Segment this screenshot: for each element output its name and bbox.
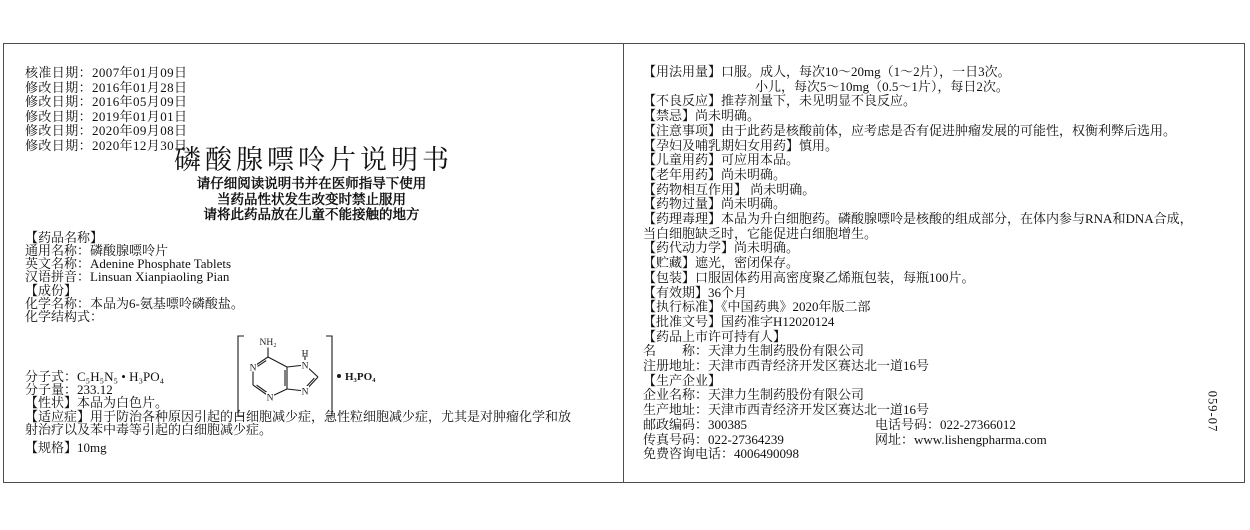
chemical-name: 化学名称：本品为6-氨基嘌呤磷酸盐。 (25, 297, 619, 310)
contraindications: 【禁忌】尚未明确。 (643, 109, 1240, 124)
production-address: 生产地址：天津市西青经济开发区赛达北一道16号 (643, 403, 1240, 418)
company-name: 企业名称：天津力生制药股份有限公司 (643, 388, 1240, 403)
postal-code: 邮政编码：300385 (643, 418, 875, 433)
indications-line-2: 射治疗以及苯中毒等引起的白细胞减少症。 (25, 423, 619, 436)
hotline-number: 免费咨询电话：4006490098 (643, 447, 1240, 462)
pinyin-name: 汉语拼音：Linsuan Xianpiaoling Pian (25, 270, 619, 283)
warning-line: 当药品性状发生改变时禁止服用 (0, 192, 623, 208)
manufacturer-header: 【生产企业】 (643, 374, 1240, 389)
dosage-line-1: 【用法用量】口服。成人，每次10～20mg（1～2片），一日3次。 (643, 65, 1240, 80)
date-line: 修改日期：2016年05月09日 (25, 95, 187, 110)
pregnancy-use: 【孕妇及哺乳期妇女用药】慎用。 (643, 139, 1240, 154)
nitrogen-atom-label: N (267, 393, 274, 403)
date-line: 核准日期：2007年01月09日 (25, 66, 187, 81)
salt-dot (337, 374, 341, 378)
overdose: 【药物过量】尚未明确。 (643, 197, 1240, 212)
date-line: 修改日期：2019年01月01日 (25, 110, 187, 125)
usage-warnings: 请仔细阅读说明书并在医师指导下使用 当药品性状发生改变时禁止服用 请将此药品放在… (0, 176, 623, 223)
license-holder-header: 【药品上市许可持有人】 (643, 330, 1240, 345)
pharmacology-line-1: 【药理毒理】本品为升白细胞药。磷酸腺嘌呤是核酸的组成部分，在体内参与RNA和DN… (643, 212, 1240, 227)
date-line: 修改日期：2020年09月08日 (25, 124, 187, 139)
approval-number: 【批准文号】国药准字H12020124 (643, 315, 1240, 330)
phone-number: 电话号码：022-27366012 (875, 418, 1016, 433)
storage: 【贮藏】遮光，密闭保存。 (643, 256, 1240, 271)
chemical-structure-diagram: NH₂ N N N N H H₃PO₄ (235, 332, 400, 422)
shelf-life: 【有效期】36个月 (643, 286, 1240, 301)
hydrogen-atom-label: H (302, 349, 309, 359)
amine-group-label: NH₂ (259, 338, 276, 348)
drug-instruction-sheet: 核准日期：2007年01月09日 修改日期：2016年01月28日 修改日期：2… (0, 0, 1250, 530)
left-bracket (238, 336, 244, 416)
nitrogen-atom-label: N (250, 363, 257, 373)
fax-number: 传真号码：022-27364239 (643, 433, 875, 448)
holder-name: 名 称：天津力生制药股份有限公司 (643, 344, 1240, 359)
adverse-reactions: 【不良反应】推荐剂量下，未见明显不良反应。 (643, 94, 1240, 109)
date-line: 修改日期：2016年01月28日 (25, 81, 187, 96)
contact-row-1: 邮政编码：300385 电话号码：022-27366012 (643, 418, 1240, 433)
dosage-line-2: 小儿，每次5～10mg（0.5～1片），每日2次。 (643, 80, 1240, 95)
warning-line: 请将此药品放在儿童不能接触的地方 (0, 207, 623, 223)
nitrogen-atom-label: N (302, 387, 309, 397)
right-panel: 【用法用量】口服。成人，每次10～20mg（1～2片），一日3次。 小儿，每次5… (643, 65, 1240, 462)
ingredients-header: 【成份】 (25, 284, 619, 297)
precautions: 【注意事项】由于此药是核酸前体，应考虑是否有促进肿瘤发展的可能性，权衡利弊后选用… (643, 124, 1240, 139)
bond-lines (287, 355, 318, 392)
bond-lines (253, 348, 287, 398)
warning-line: 请仔细阅读说明书并在医师指导下使用 (0, 176, 623, 192)
contact-row-2: 传真号码：022-27364239 网址：www.lishengpharma.c… (643, 433, 1240, 448)
pharmacology-line-2: 当白细胞缺乏时，它能促进白细胞增生。 (643, 227, 1240, 242)
structure-label: 化学结构式： (25, 310, 619, 323)
standard: 【执行标准】《中国药典》2020年版二部 (643, 300, 1240, 315)
pharmacokinetics: 【药代动力学】尚未明确。 (643, 241, 1240, 256)
packaging: 【包装】口服固体药用高密度聚乙烯瓶包装，每瓶100片。 (643, 271, 1240, 286)
phosphate-label: H₃PO₄ (345, 371, 376, 383)
batch-code: 059-07 (1205, 386, 1220, 438)
registered-address: 注册地址：天津市西青经济开发区赛达北一道16号 (643, 359, 1240, 374)
nitrogen-atom-label: N (302, 361, 309, 371)
panel-divider (623, 43, 624, 483)
right-bracket (326, 336, 332, 416)
pediatric-use: 【儿童用药】可应用本品。 (643, 153, 1240, 168)
page-title: 磷酸腺嘌呤片说明书 (0, 138, 623, 177)
specification: 【规格】10mg (25, 441, 619, 454)
drug-interactions: 【药物相互作用】 尚未明确。 (643, 183, 1240, 198)
geriatric-use: 【老年用药】尚未明确。 (643, 168, 1240, 183)
website-url: 网址：www.lishengpharma.com (875, 433, 1047, 448)
